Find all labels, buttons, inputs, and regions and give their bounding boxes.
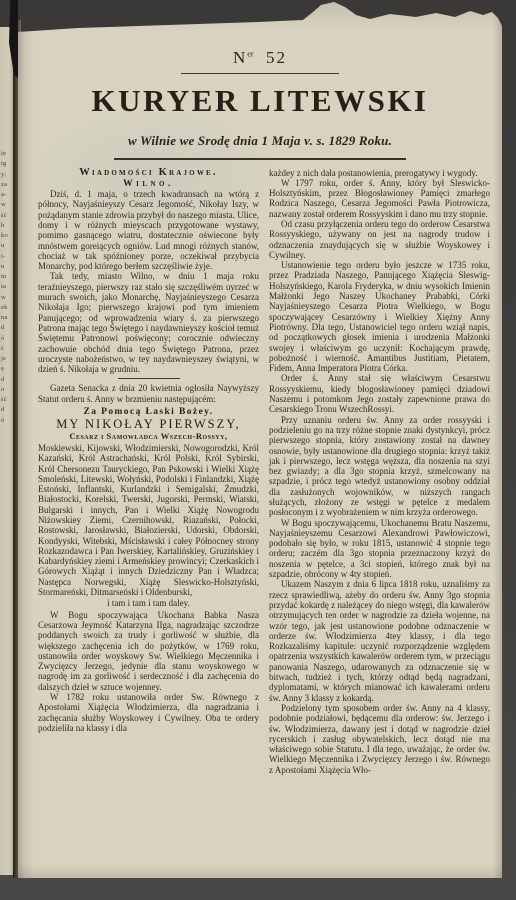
- proclamation-subtitle: Cesarz i Samowładca Wszech-Rossyy,: [38, 431, 259, 441]
- paragraph: Podzielony tym sposobem order św. Anny n…: [269, 703, 490, 775]
- issue-number: Ner 52: [18, 48, 502, 68]
- paragraph: Order ś. Anny stał się właściwym Cesarst…: [269, 373, 490, 414]
- paragraph: Ustanowienie tego orderu było jeszcze w …: [269, 260, 490, 373]
- masthead-rule-top: [181, 73, 339, 74]
- newspaper-page: Ner 52 KURYER LITEWSKI w Wilnie we Srodę…: [18, 0, 502, 878]
- masthead-dateline: w Wilnie we Srodę dnia 1 Maja v. s. 1829…: [18, 133, 502, 149]
- column-left: Wiadomości Krajowe. Wilno. Dziś, d. 1 ma…: [38, 168, 259, 776]
- paragraph: Moskiewski, Kijowski, Włodzimierski, Now…: [38, 443, 259, 597]
- paragraph: Przy uznaniu orderu św. Anny za order ro…: [269, 415, 490, 518]
- paragraph: W Bogu spoczywająca Ukochana Babka Nasza…: [38, 610, 259, 692]
- newspaper-title: KURYER LITEWSKI: [18, 83, 502, 119]
- column-right: każdey z nich dała postanowienia, prerog…: [269, 168, 490, 776]
- issue-number-value: 52: [266, 48, 287, 67]
- invocation-line: Za Pomocą Łaski Bożey.: [38, 407, 259, 417]
- paragraph: Od czasu przyłączenia orderu tego do ord…: [269, 219, 490, 260]
- paragraph: W 1797 roku, order ś. Anny, który był Sl…: [269, 178, 490, 219]
- adjacent-page-edge: ie ig y; za a- w ść h ko u i- n m ia w e…: [0, 27, 13, 875]
- paragraph: każdey z nich dała postanowienia, prerog…: [269, 168, 490, 178]
- subsection-header: Wilno.: [38, 179, 259, 189]
- issue-number-superscript: er: [247, 49, 253, 58]
- et-cetera-line: i tam i tam i tam daley.: [38, 598, 259, 608]
- section-divider-rule: [118, 378, 180, 379]
- paragraph: Dziś, d. 1 maja, o trzech kwadransach na…: [38, 189, 259, 271]
- paragraph: W Bogu spoczywającemu, Ukochanemu Bratu …: [269, 518, 490, 580]
- adjacent-page-text-fragments: ie ig y; za a- w ść h ko u i- n m ia w e…: [0, 27, 13, 426]
- issue-number-label: N: [233, 48, 247, 67]
- paragraph: Ukazem Naszym z dnia 6 lipca 1818 roku, …: [269, 579, 490, 703]
- proclamation-title: MY NIKOŁAY PIERWSZY,: [38, 419, 259, 429]
- text-columns: Wiadomości Krajowe. Wilno. Dziś, d. 1 ma…: [18, 160, 502, 776]
- paragraph: Tak tedy, miasto Wilno, w dniu 1 maja ro…: [38, 271, 259, 374]
- paragraph: W 1782 roku ustanowiła order Sw. Równego…: [38, 692, 259, 733]
- section-header: Wiadomości Krajowe.: [38, 168, 259, 178]
- paragraph: Gazeta Senacka z dnia 20 kwietnia ogłosi…: [38, 383, 259, 404]
